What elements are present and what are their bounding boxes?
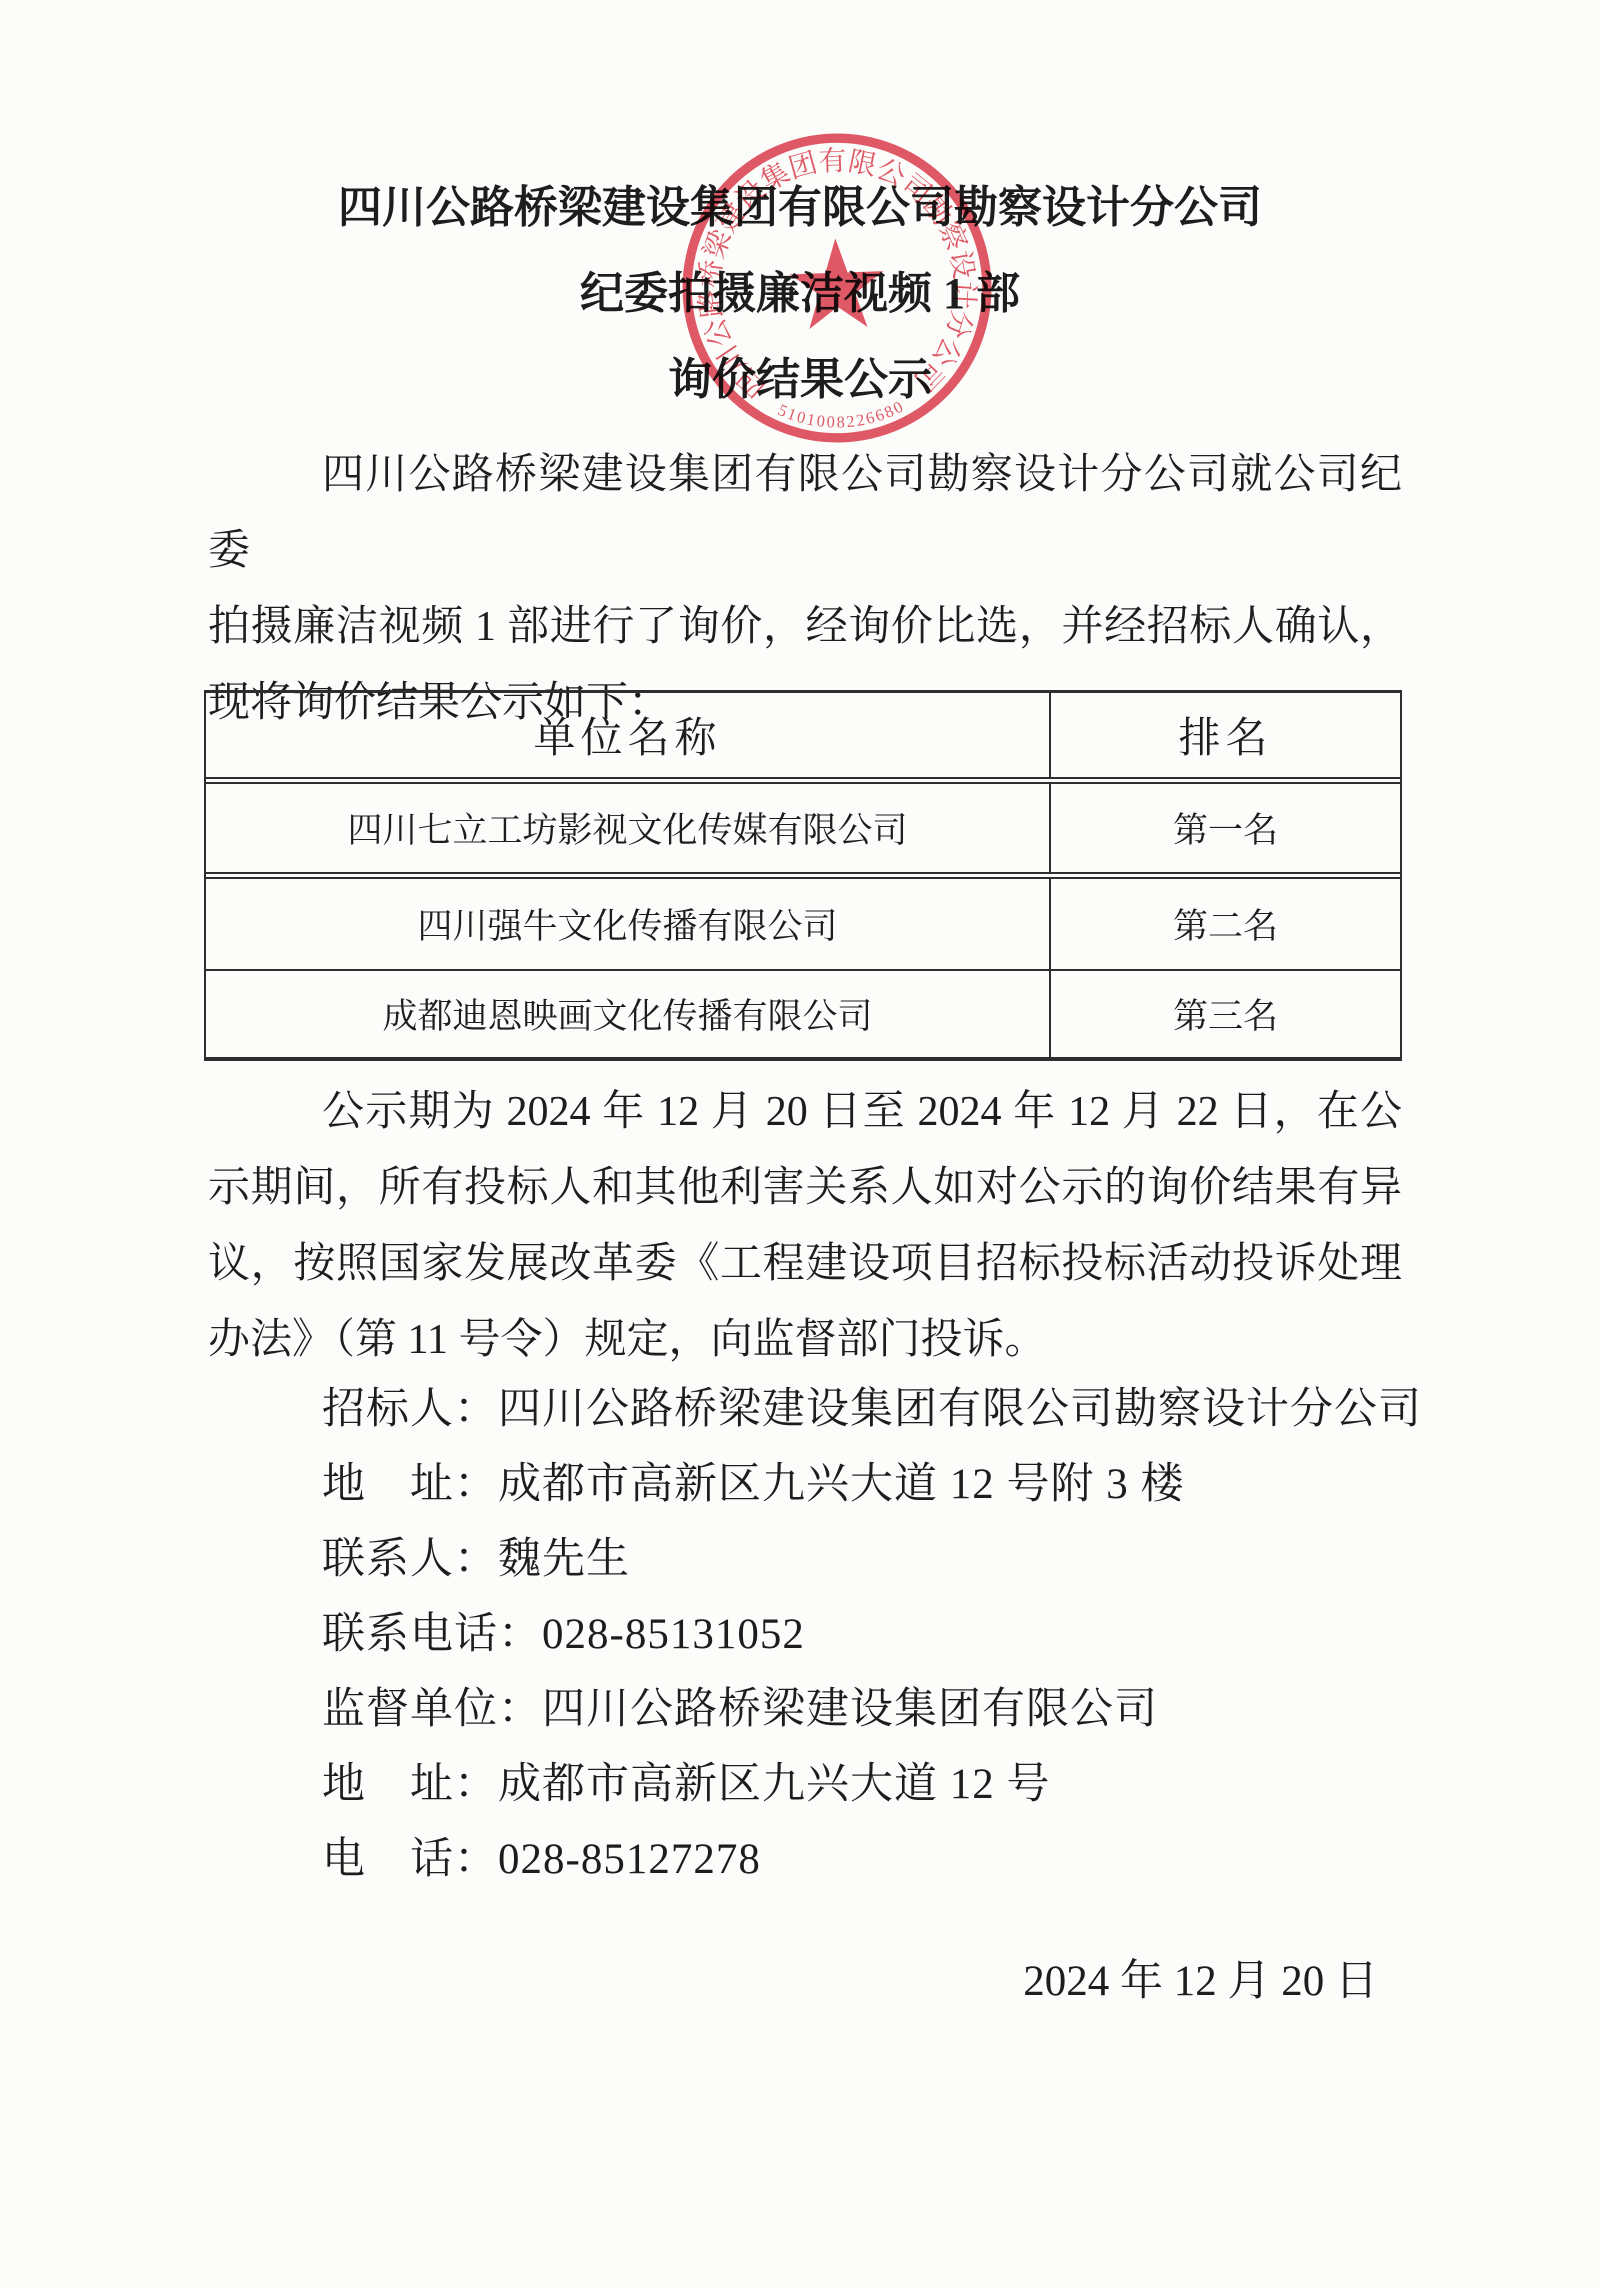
scanned-document-page: 四川公路桥梁建设集团有限公司勘察设计分公司 纪委拍摄廉洁视频 1 部 询价结果公… <box>0 0 1600 2288</box>
result-table: 单位名称 排名 四川七立工坊影视文化传媒有限公司 第一名 四川强牛文化传播有限公… <box>204 690 1402 1061</box>
rank-cell: 第三名 <box>1051 971 1400 1057</box>
paragraph-line: 示期间，所有投标人和其他利害关系人如对公示的询价结果有异 <box>208 1150 1402 1226</box>
contact-person-line: 联系人：魏先生 <box>322 1522 1422 1597</box>
document-date: 2024 年 12 月 20 日 <box>1023 1944 1378 2019</box>
paragraph-line: 四川公路桥梁建设集团有限公司勘察设计分公司就公司纪委 <box>208 437 1402 589</box>
table-row: 四川七立工坊影视文化传媒有限公司 第一名 <box>206 784 1400 879</box>
paragraph-line: 办法》（第 11 号令）规定，向监督部门投诉。 <box>208 1302 1402 1378</box>
company-cell: 四川强牛文化传播有限公司 <box>206 879 1051 969</box>
table-row: 成都迪恩映画文化传播有限公司 第三名 <box>206 971 1400 1057</box>
rank-cell: 第一名 <box>1051 784 1400 872</box>
table-header-row: 单位名称 排名 <box>206 693 1400 784</box>
title-line-project: 纪委拍摄廉洁视频 1 部 <box>0 251 1600 337</box>
paragraph-line: 公示期为 2024 年 12 月 20 日至 2024 年 12 月 22 日，… <box>208 1074 1402 1150</box>
tenderee-line: 招标人：四川公路桥梁建设集团有限公司勘察设计分公司 <box>322 1372 1422 1447</box>
supervisor-address-line: 地 址：成都市高新区九兴大道 12 号 <box>322 1747 1422 1822</box>
rank-cell: 第二名 <box>1051 879 1400 969</box>
title-line-company: 四川公路桥梁建设集团有限公司勘察设计分公司 <box>0 165 1600 251</box>
supervisor-unit-line: 监督单位：四川公路桥梁建设集团有限公司 <box>322 1672 1422 1747</box>
contact-phone-line: 联系电话：028-85131052 <box>322 1597 1422 1672</box>
table-row: 四川强牛文化传播有限公司 第二名 <box>206 879 1400 971</box>
company-cell: 成都迪恩映画文化传播有限公司 <box>206 971 1051 1057</box>
paragraph-line: 拍摄廉洁视频 1 部进行了询价，经询价比选，并经招标人确认， <box>208 589 1402 665</box>
column-header-rank: 排名 <box>1051 693 1400 777</box>
contact-info: 招标人：四川公路桥梁建设集团有限公司勘察设计分公司 地 址：成都市高新区九兴大道… <box>322 1372 1422 1897</box>
document-title: 四川公路桥梁建设集团有限公司勘察设计分公司 纪委拍摄廉洁视频 1 部 询价结果公… <box>0 165 1600 423</box>
company-cell: 四川七立工坊影视文化传媒有限公司 <box>206 784 1051 872</box>
publicity-period-paragraph: 公示期为 2024 年 12 月 20 日至 2024 年 12 月 22 日，… <box>208 1074 1402 1378</box>
address-line: 地 址：成都市高新区九兴大道 12 号附 3 楼 <box>322 1447 1422 1522</box>
column-header-company: 单位名称 <box>206 693 1051 777</box>
paragraph-line: 议，按照国家发展改革委《工程建设项目招标投标活动投诉处理 <box>208 1226 1402 1302</box>
supervisor-phone-line: 电 话：028-85127278 <box>322 1822 1422 1897</box>
title-line-notice: 询价结果公示 <box>0 337 1600 423</box>
